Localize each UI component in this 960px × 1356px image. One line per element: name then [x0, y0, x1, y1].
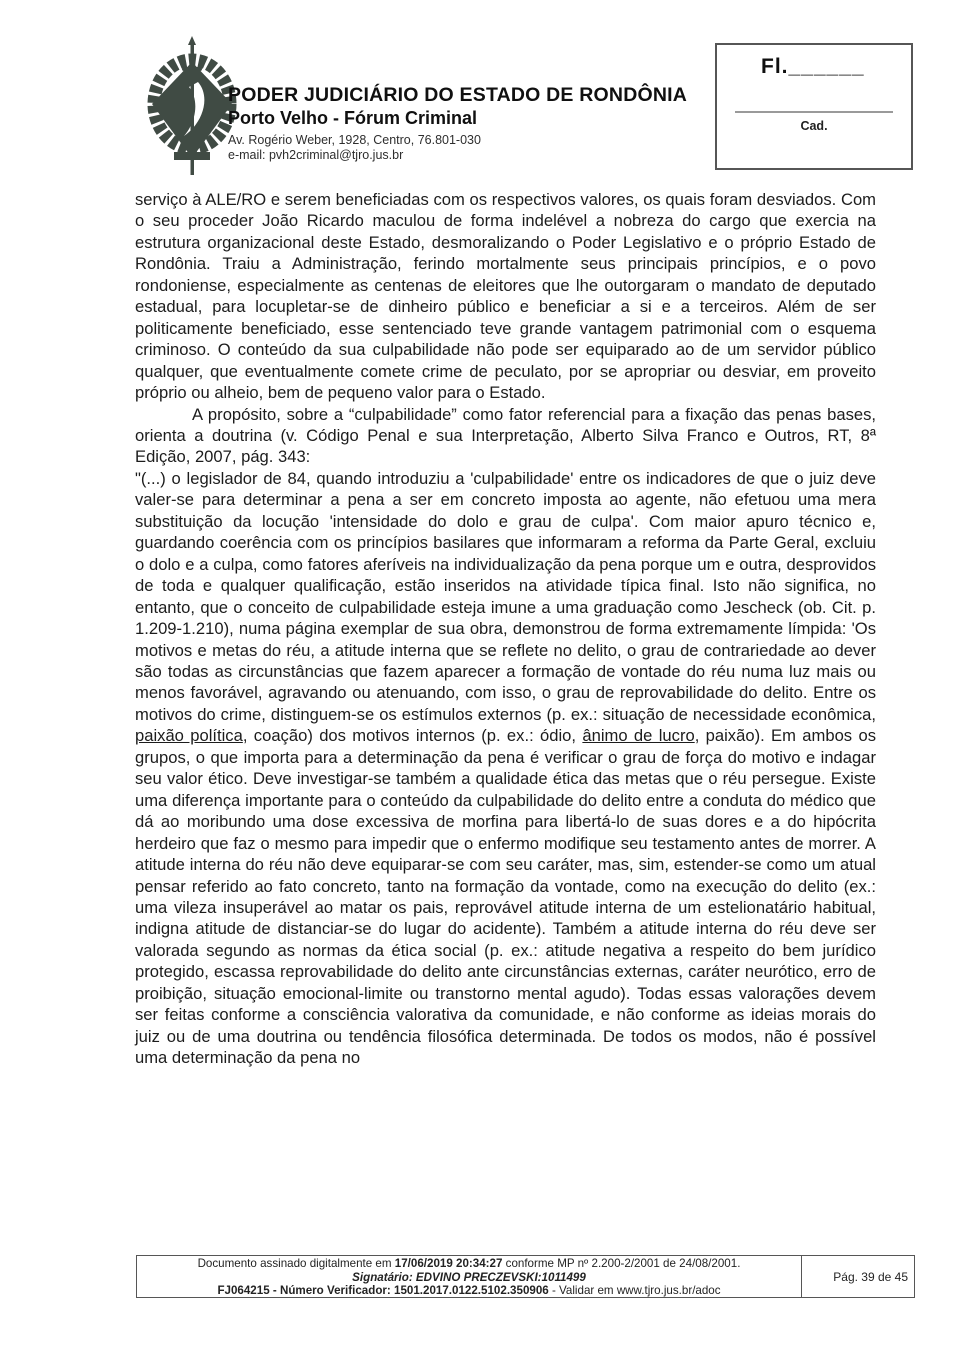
cad-label: Cad.	[717, 119, 911, 133]
signature-line-2: Signatário: EDVINO PRECZEVSKI:1011499	[137, 1271, 801, 1285]
letterhead: PODER JUDICIÁRIO DO ESTADO DE RONDÔNIA P…	[228, 84, 687, 163]
signature-text: Documento assinado digitalmente em 17/06…	[137, 1256, 802, 1297]
address-line: Av. Rogério Weber, 1928, Centro, 76.801-…	[228, 133, 687, 148]
paragraph-doctrine-intro: A propósito, sobre a “culpabilidade” com…	[135, 404, 876, 468]
signature-line-1: Documento assinado digitalmente em 17/06…	[137, 1257, 801, 1271]
stamp-box: Fl.______ Cad.	[715, 43, 913, 170]
signature-timestamp: 17/06/2019 20:34:27	[395, 1257, 503, 1270]
cad-line	[735, 111, 893, 113]
document-page: PODER JUDICIÁRIO DO ESTADO DE RONDÔNIA P…	[0, 0, 960, 1356]
quote-part-1: "(...) o legislador de 84, quando introd…	[135, 469, 876, 724]
quote-underline-2: ânimo de lucro	[582, 726, 694, 745]
doctrine-quote: "(...) o legislador de 84, quando introd…	[135, 468, 876, 1069]
fl-label: Fl.______	[761, 55, 865, 79]
page-indicator: Pág. 39 de 45	[802, 1256, 914, 1297]
document-body: serviço à ALE/RO e serem beneficiadas co…	[135, 189, 876, 1069]
org-name: PODER JUDICIÁRIO DO ESTADO DE RONDÔNIA	[228, 84, 687, 106]
email-line: e-mail: pvh2criminal@tjro.jus.br	[228, 148, 687, 163]
quote-part-3: , paixão). Em ambos os grupos, o que imp…	[135, 726, 876, 1067]
signature-line-3: FJ064215 - Número Verificador: 1501.2017…	[137, 1284, 801, 1298]
verification-number: FJ064215 - Número Verificador: 1501.2017…	[217, 1284, 548, 1297]
forum-name: Porto Velho - Fórum Criminal	[228, 108, 687, 129]
signature-box: Documento assinado digitalmente em 17/06…	[136, 1255, 915, 1298]
paragraph-main: serviço à ALE/RO e serem beneficiadas co…	[135, 189, 876, 404]
quote-part-2: , coação) dos motivos internos (p. ex.: …	[243, 726, 583, 745]
quote-underline-1: paixão política	[135, 726, 243, 745]
